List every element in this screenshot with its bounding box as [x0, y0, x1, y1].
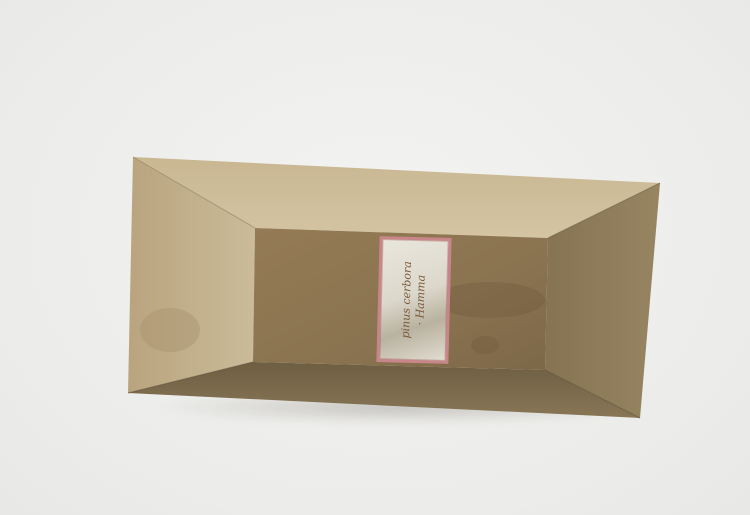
wooden-tray	[0, 0, 750, 515]
label-text: pinus cerbora · Hamma	[398, 241, 429, 360]
label-line-2: · Hamma	[412, 241, 429, 359]
specimen-label: pinus cerbora · Hamma	[376, 236, 451, 364]
